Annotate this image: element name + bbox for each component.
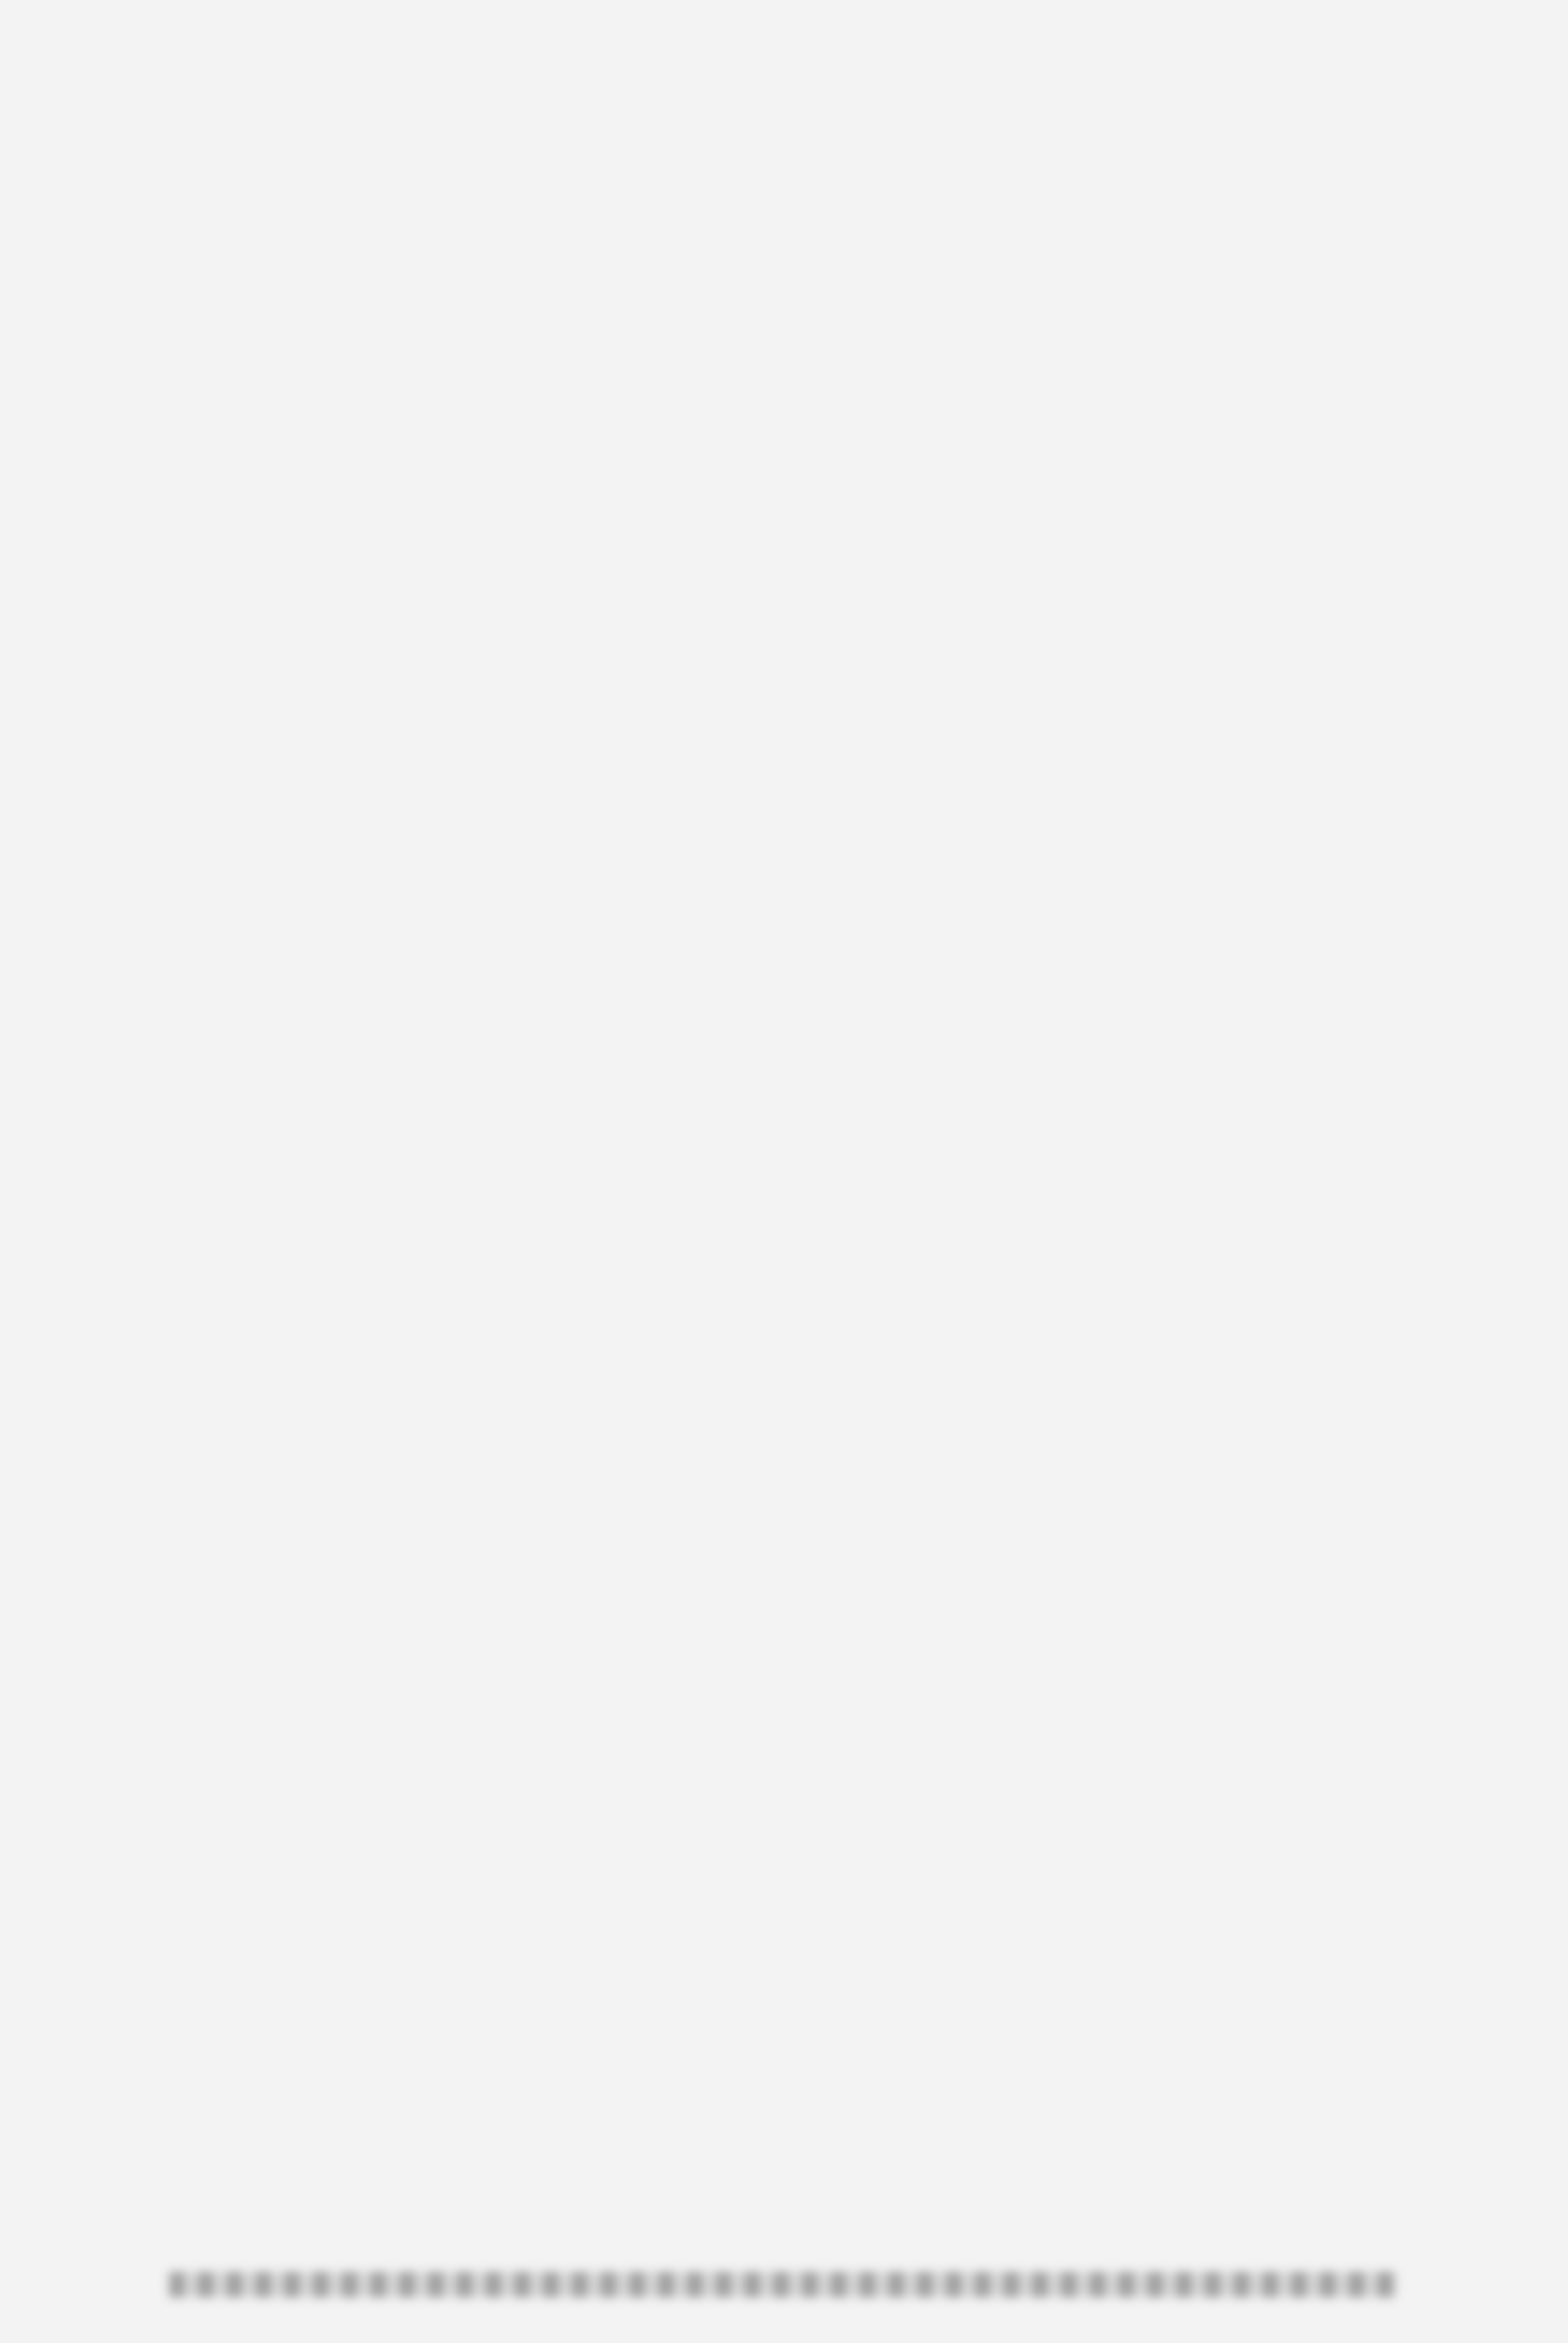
answer-key-page xyxy=(0,0,1568,2343)
page-footer-blurred xyxy=(169,2272,1396,2297)
